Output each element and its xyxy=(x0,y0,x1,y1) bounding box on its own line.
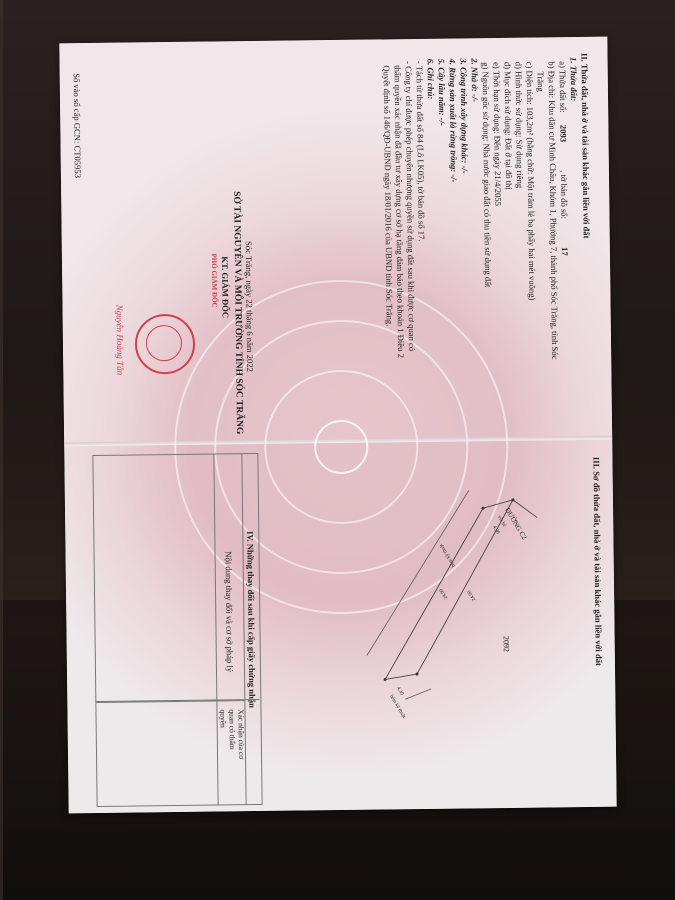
neighbor-parcel-number: 2092 xyxy=(500,636,511,652)
section-iv-title: IV. Những thay đổi sau khi cấp giấy chứn… xyxy=(245,531,258,708)
land-certificate-page: II. Thửa đất, nhà ở và tài sản khác gắn … xyxy=(59,37,616,814)
authority-confirmation-header: Xác nhận của cơ quan có thẩm quyền xyxy=(218,709,246,769)
change-content-header: Nội dung thay đổi và cơ sở pháp lý xyxy=(223,551,235,672)
